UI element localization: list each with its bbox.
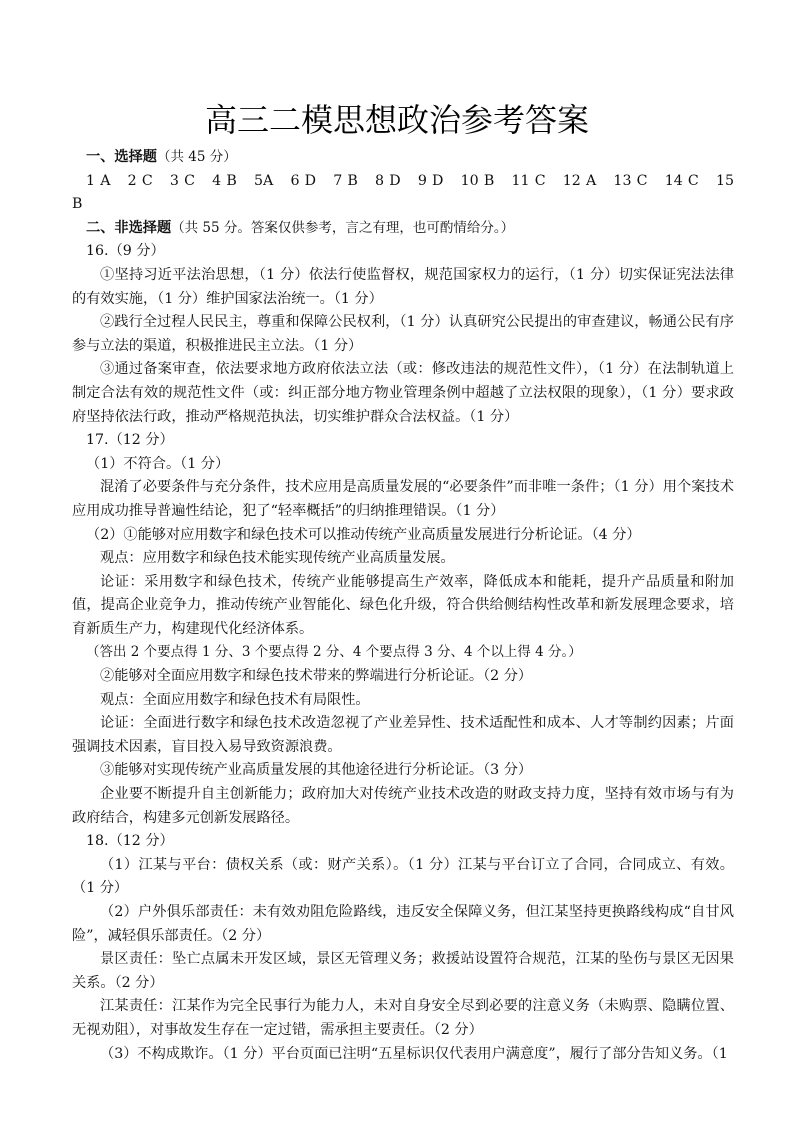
answer-14: 14 C [665, 173, 699, 189]
answer-7: 7 B [333, 173, 358, 189]
q17-paragraph-9: 论证：全面进行数字和绿色技术改造忽视了产业差异性、技术适配性和成本、人才等制约因… [72, 712, 734, 759]
answer-13: 13 C [613, 173, 647, 189]
q17-paragraph-8: 观点：全面应用数字和绿色技术有局限性。 [72, 689, 734, 713]
q18-paragraph-4: 江某责任：江某作为完全民事行为能力人，未对自身安全尽到必要的注意义务（未购票、隐… [72, 995, 734, 1042]
answer-11: 11 C [511, 173, 545, 189]
document-page: 高三二模思想政治参考答案 一、选择题（共 45 分） 1 A 2 C 3 C 4… [0, 0, 794, 1123]
q17-paragraph-10: ③能够对实现传统产业高质量发展的其他途径进行分析论证。（3 分） [72, 759, 734, 783]
answer-1: 1 A [86, 173, 110, 189]
section2-note: （共 55 分。答案仅供参考，言之有理，也可酌情给分。） [171, 220, 514, 236]
q17-scoring-note: （答出 2 个要点得 1 分、3 个要点得 2 分、4 个要点得 3 分、4 个… [72, 641, 734, 665]
document-title: 高三二模思想政治参考答案 [0, 100, 794, 140]
q16-paragraph-2: ②践行全过程人民民主，尊重和保障公民权利，（1 分）认真研究公民提出的审查建议，… [72, 311, 734, 358]
q17-paragraph-1: （1）不符合。（1 分） [72, 453, 734, 477]
q16-paragraph-3: ③通过备案审查，依法要求地方政府依法立法（或：修改违法的规范性文件），（1 分）… [72, 358, 734, 429]
answer-4: 4 B [212, 173, 237, 189]
q16-paragraph-1: ①坚持习近平法治思想，（1 分）依法行使监督权，规范国家权力的运行，（1 分）切… [72, 264, 734, 311]
q18-paragraph-5: （3）不构成欺诈。（1 分）平台页面已注明“五星标识仅代表用户满意度”，履行了部… [72, 1043, 734, 1067]
answer-10: 10 B [461, 173, 495, 189]
q17-paragraph-3: （2）①能够对应用数字和绿色技术可以推动传统产业高质量发展进行分析论证。（4 分… [72, 524, 734, 548]
section2-heading: 二、非选择题 [86, 220, 171, 236]
q18-paragraph-2: （2）户外俱乐部责任：未有效劝阻危险路线，违反安全保障义务，但江某坚持更换路线构… [72, 901, 734, 948]
q17-paragraph-4: 观点：应用数字和绿色技术能实现传统产业高质量发展。 [72, 547, 734, 571]
answer-9: 9 D [418, 173, 444, 189]
q18-paragraph-1: （1）江某与平台：债权关系（或：财产关系）。（1 分）江某与平台订立了合同，合同… [72, 854, 734, 901]
answer-8: 8 D [375, 173, 401, 189]
document-body: 一、选择题（共 45 分） 1 A 2 C 3 C 4 B 5A 6 D 7 B… [72, 146, 734, 1066]
q17-label: 17.（12 分） [72, 429, 734, 453]
q17-paragraph-2: 混淆了必要条件与充分条件，技术应用是高质量发展的“必要条件”而非唯一条件；（1 … [72, 476, 734, 523]
q16-label: 16.（9 分） [72, 240, 734, 264]
section1-heading-line: 一、选择题（共 45 分） [72, 146, 734, 170]
q17-paragraph-11: 企业要不断提升自主创新能力；政府加大对传统产业技术改造的财政支持力度，坚持有效市… [72, 783, 734, 830]
section1-note: （共 45 分） [157, 149, 237, 165]
answer-12: 12 A [563, 173, 596, 189]
q18-paragraph-3: 景区责任：坠亡点属未开发区域，景区无管理义务；救援站设置符合规范，江某的坠伤与景… [72, 948, 734, 995]
section2-heading-line: 二、非选择题（共 55 分。答案仅供参考，言之有理，也可酌情给分。） [72, 217, 734, 241]
answer-2: 2 C [128, 173, 153, 189]
q17-paragraph-7: ②能够对全面应用数字和绿色技术带来的弊端进行分析论证。（2 分） [72, 665, 734, 689]
q18-label: 18.（12 分） [72, 830, 734, 854]
answer-5: 5A [254, 173, 273, 189]
answer-3: 3 C [170, 173, 195, 189]
answer-6: 6 D [290, 173, 316, 189]
q17-paragraph-5: 论证：采用数字和绿色技术，传统产业能够提高生产效率，降低成本和能耗，提升产品质量… [72, 571, 734, 642]
section1-heading: 一、选择题 [86, 149, 157, 165]
answer-key-row: 1 A 2 C 3 C 4 B 5A 6 D 7 B 8 D 9 D 10 B … [72, 170, 734, 217]
